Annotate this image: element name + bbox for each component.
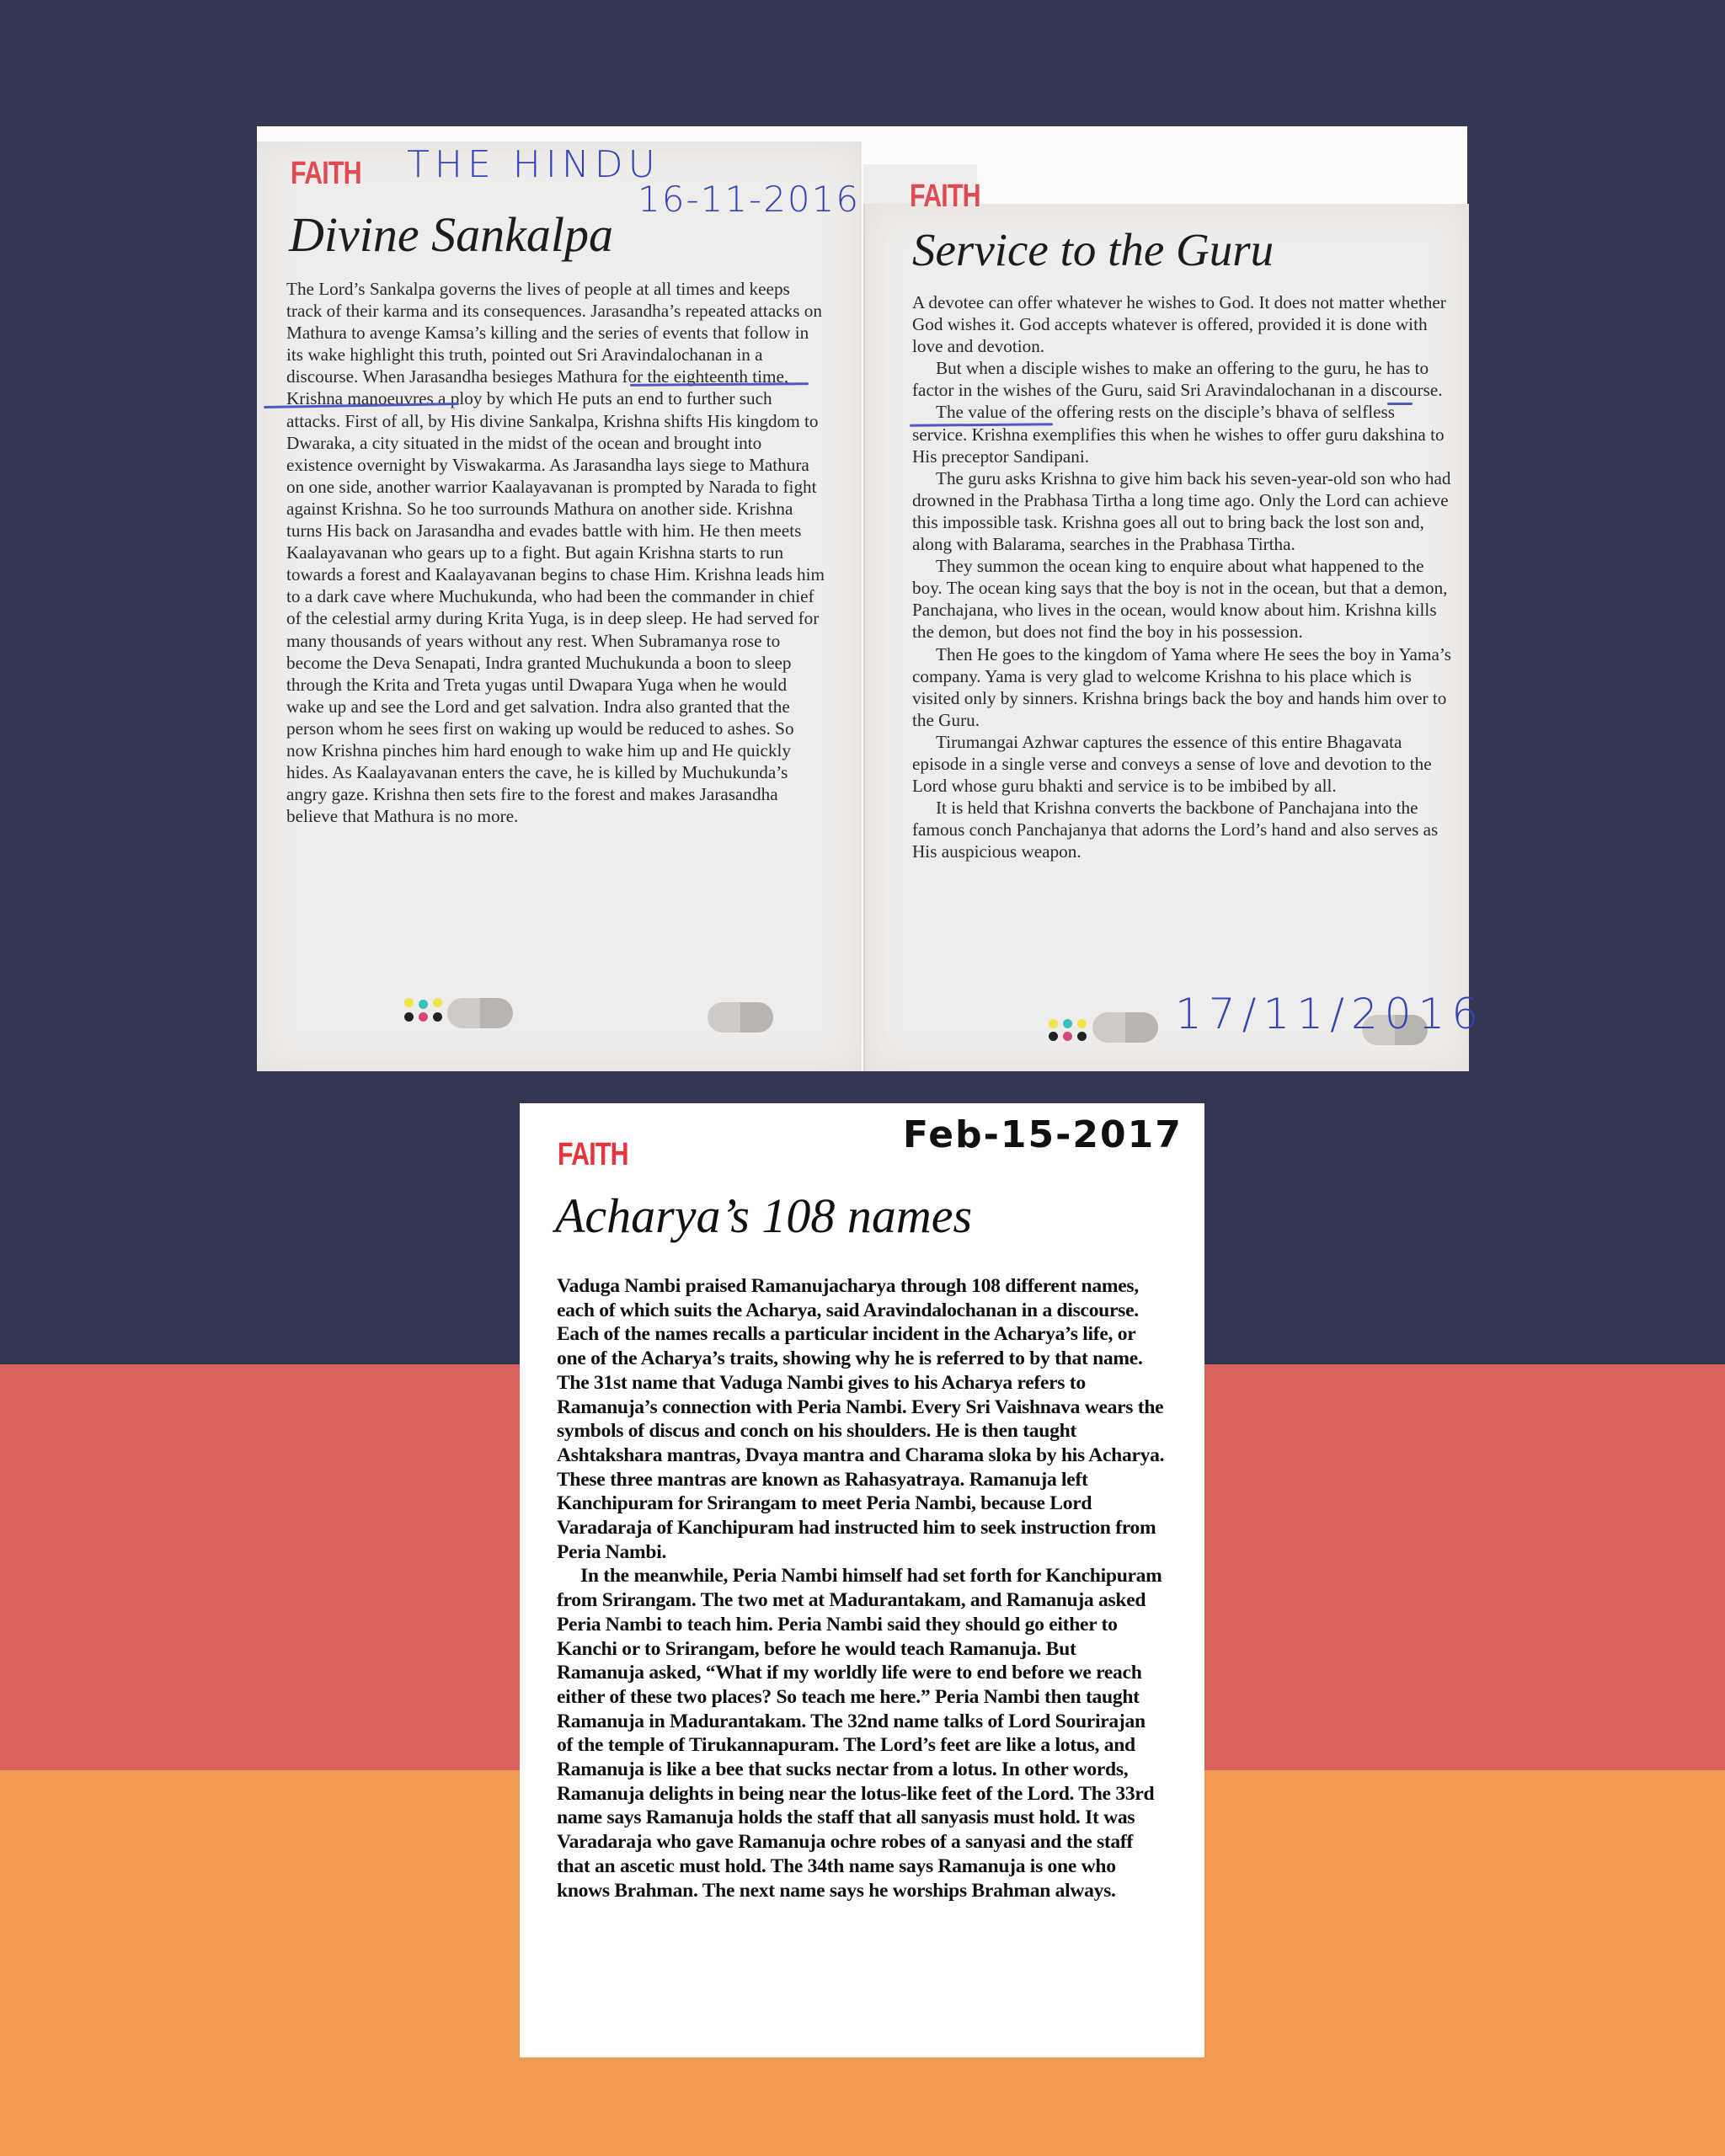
handwritten-source: THE HINDU (407, 143, 660, 186)
section-label-faith: FAITH (558, 1137, 628, 1173)
article-paragraph: Vaduga Nambi praised Ramanujacharya thro… (557, 1274, 1165, 1564)
handwritten-date: 16-11-2016 (638, 179, 860, 220)
print-registration-marks (1049, 1019, 1099, 1056)
article-paragraph: But when a disciple wishes to make an of… (912, 357, 1451, 401)
article-paragraph: The value of the offering rests on the d… (912, 401, 1451, 467)
article-body: The Lord’s Sankalpa governs the lives of… (286, 278, 825, 827)
print-marker (447, 998, 513, 1028)
article-paragraph: A devotee can offer whatever he wishes t… (912, 291, 1451, 357)
article-paragraph: In the meanwhile, Peria Nambi himself ha… (557, 1564, 1165, 1903)
section-label-faith: FAITH (291, 156, 361, 192)
article-body: A devotee can offer whatever he wishes t… (912, 291, 1451, 862)
handwritten-date: Feb-15-2017 (903, 1113, 1183, 1156)
section-label-faith: FAITH (910, 179, 980, 215)
pen-underline (1387, 403, 1413, 405)
newspaper-clipping-bottom: FAITH Feb-15-2017 Acharya’s 108 names Va… (520, 1103, 1204, 2057)
article-title: Acharya’s 108 names (555, 1187, 972, 1244)
handwritten-date: 17/11/2016 (1175, 990, 1485, 1038)
newspaper-clipping-top: FAITH THE HINDU 16-11-2016 Divine Sankal… (257, 126, 1467, 1071)
article-body: Vaduga Nambi praised Ramanujacharya thro… (557, 1274, 1165, 1903)
article-paragraph: It is held that Krishna converts the bac… (912, 797, 1451, 862)
article-title: Service to the Guru (912, 223, 1274, 276)
article-paragraph: The Lord’s Sankalpa governs the lives of… (286, 278, 825, 827)
print-marker (708, 1002, 773, 1033)
print-marker (1092, 1012, 1158, 1043)
article-paragraph: Tirumangai Azhwar captures the essence o… (912, 731, 1451, 797)
article-paragraph: The guru asks Krishna to give him back h… (912, 467, 1451, 555)
article-paragraph: They summon the ocean king to enquire ab… (912, 555, 1451, 643)
article-paragraph: Then He goes to the kingdom of Yama wher… (912, 643, 1451, 731)
article-title: Divine Sankalpa (289, 206, 613, 263)
